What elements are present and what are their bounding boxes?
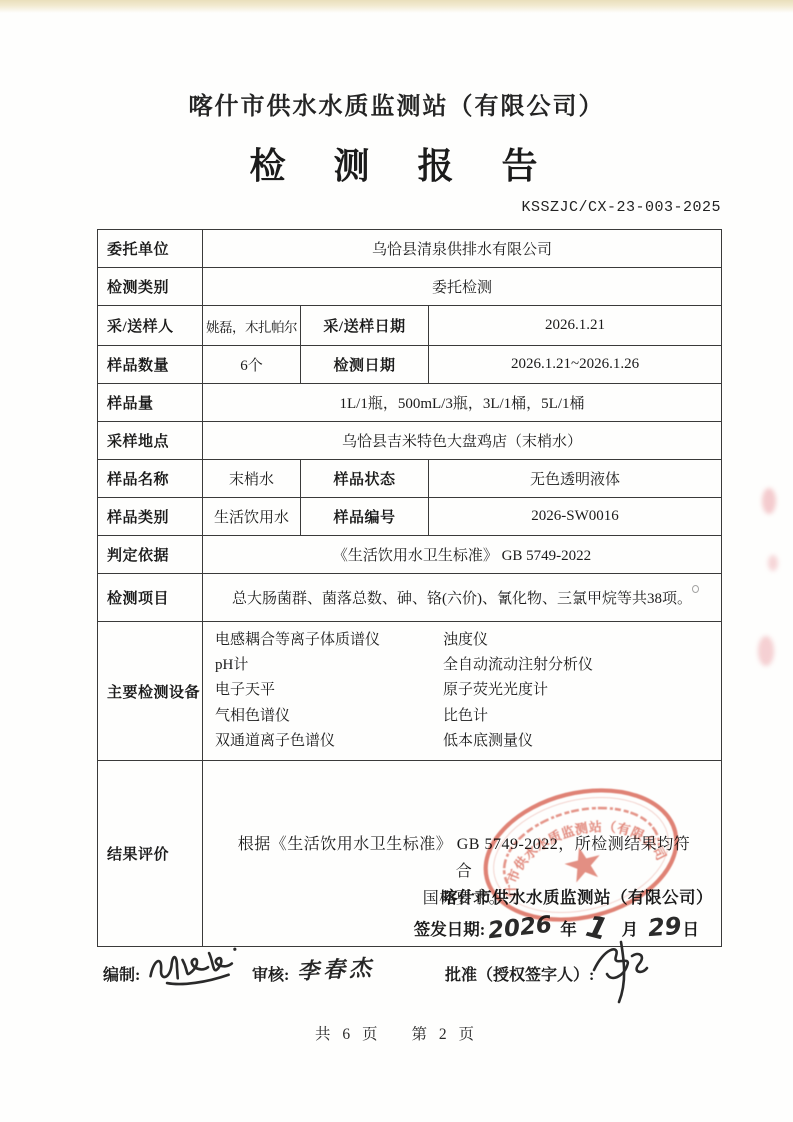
table-row: 采样地点 乌恰县吉米特色大盘鸡店（末梢水）: [98, 422, 722, 460]
table-row: 样品类别 生活饮用水 样品编号 2026-SW0016: [98, 498, 722, 536]
equipment-item: 低本底测量仪: [443, 729, 717, 754]
field-label: 样品量: [98, 384, 203, 422]
prepared-by-label: 编制:: [103, 962, 140, 985]
field-label: 判定依据: [98, 536, 203, 574]
table-row: 判定依据 《生活饮用水卫生标准》 GB 5749-2022: [98, 536, 722, 574]
field-value: 2026.1.21: [429, 306, 722, 346]
current-page: 第 2 页: [412, 1022, 479, 1044]
equipment-columns: 电感耦合等离子体质谱仪 pH计 电子天平 气相色谱仪 双通道离子色谱仪 浊度仪 …: [203, 622, 721, 760]
field-value: 2026.1.21~2026.1.26: [429, 346, 722, 384]
table-row: 检测类别 委托检测: [98, 268, 722, 306]
table-row: 结果评价 根据《生活饮用水卫生标准》 GB 5749-2022，所检测结果均符合…: [98, 761, 722, 947]
reviewed-signature-name: 李春杰: [296, 951, 376, 986]
field-value: 2026-SW0016: [429, 498, 722, 536]
page-footer: 共 6 页 第 2 页: [0, 1022, 793, 1044]
field-label: 样品编号: [301, 498, 429, 536]
issue-date-line: 签发日期:2026年1月29日: [414, 915, 699, 941]
table-row: 样品名称 末梢水 样品状态 无色透明液体: [98, 460, 722, 498]
field-label: 采/送样日期: [301, 306, 429, 346]
field-value: 1L/1瓶，500mL/3瓶，3L/1桶，5L/1桶: [203, 384, 722, 422]
field-label: 委托单位: [98, 230, 203, 268]
approved-by-label: 批准（授权签字人）:: [445, 962, 594, 985]
table-row: 委托单位 乌恰县清泉供排水有限公司: [98, 230, 722, 268]
ink-bleed-mark: [758, 636, 774, 666]
scan-edge-artifact: [0, 0, 793, 13]
reviewed-by-label: 审核:: [252, 962, 289, 985]
field-label: 结果评价: [98, 761, 203, 947]
field-value: 无色透明液体: [429, 460, 722, 498]
field-label: 采样地点: [98, 422, 203, 460]
equipment-item: 电子天平: [215, 678, 443, 703]
field-label: 样品数量: [98, 346, 203, 384]
report-title: 检 测 报 告: [0, 138, 793, 189]
table-row: 主要检测设备 电感耦合等离子体质谱仪 pH计 电子天平 气相色谱仪 双通道离子色…: [98, 622, 722, 761]
ink-bleed-mark: [762, 488, 776, 514]
equipment-cell: 电感耦合等离子体质谱仪 pH计 电子天平 气相色谱仪 双通道离子色谱仪 浊度仪 …: [203, 622, 722, 761]
field-label: 样品名称: [98, 460, 203, 498]
field-label: 采/送样人: [98, 306, 203, 346]
table-row: 检测项目 总大肠菌群、菌落总数、砷、铬(六价)、氰化物、三氯甲烷等共38项。: [98, 574, 722, 622]
equipment-item: 比色计: [443, 704, 717, 729]
equipment-item: 全自动流动注射分析仪: [443, 653, 717, 678]
handwritten-day: 29: [648, 926, 681, 928]
issuing-org-name: 喀什市供水水质监测站（有限公司）: [441, 884, 713, 908]
field-value: 姚磊，木扎帕尔: [203, 306, 301, 346]
total-pages: 共 6 页: [315, 1022, 382, 1044]
field-label: 主要检测设备: [98, 622, 203, 761]
issue-date-label: 签发日期:: [414, 920, 486, 939]
field-label: 检测项目: [98, 574, 203, 622]
org-title: 喀什市供水水质监测站（有限公司）: [0, 86, 793, 121]
field-value: 6个: [203, 346, 301, 384]
equipment-item: 气相色谱仪: [215, 704, 443, 729]
field-label: 样品类别: [98, 498, 203, 536]
field-value: 乌恰县清泉供排水有限公司: [203, 230, 722, 268]
handwritten-year: 2026: [487, 912, 553, 945]
equipment-list-left: 电感耦合等离子体质谱仪 pH计 电子天平 气相色谱仪 双通道离子色谱仪: [215, 628, 443, 754]
table-row: 样品数量 6个 检测日期 2026.1.21~2026.1.26: [98, 346, 722, 384]
equipment-list-right: 浊度仪 全自动流动注射分析仪 原子荧光光度计 比色计 低本底测量仪: [443, 628, 717, 754]
prepared-signature-scribble: [146, 945, 246, 989]
equipment-item: 原子荧光光度计: [443, 678, 717, 703]
field-label: 样品状态: [301, 460, 429, 498]
table-row: 样品量 1L/1瓶，500mL/3瓶，3L/1桶，5L/1桶: [98, 384, 722, 422]
year-suffix: 年: [560, 920, 577, 939]
day-suffix: 日: [683, 920, 700, 939]
field-value: 末梢水: [203, 460, 301, 498]
field-value: 生活饮用水: [203, 498, 301, 536]
equipment-item: 电感耦合等离子体质谱仪: [215, 628, 443, 653]
table-row: 采/送样人 姚磊，木扎帕尔 采/送样日期 2026.1.21: [98, 306, 722, 346]
handwritten-month: 1: [586, 926, 606, 931]
scanned-report-page: 喀什市供水水质监测站（有限公司） 检 测 报 告 KSSZJC/CX-23-00…: [0, 0, 793, 1122]
field-value: 乌恰县吉米特色大盘鸡店（末梢水）: [203, 422, 722, 460]
result-line: 根据《生活饮用水卫生标准》 GB 5749-2022，所检测结果均符合: [238, 836, 691, 880]
report-number: KSSZJC/CX-23-003-2025: [97, 199, 721, 216]
result-cell: 根据《生活饮用水卫生标准》 GB 5749-2022，所检测结果均符合 国标要求…: [203, 761, 722, 947]
equipment-item: 浊度仪: [443, 628, 717, 653]
field-value: 委托检测: [203, 268, 722, 306]
report-info-table: 委托单位 乌恰县清泉供排水有限公司 检测类别 委托检测 采/送样人 姚磊，木扎帕…: [97, 229, 722, 947]
field-label: 检测日期: [301, 346, 429, 384]
approved-signature-scribble: [586, 936, 656, 1008]
equipment-item: pH计: [215, 653, 443, 678]
field-label: 检测类别: [98, 268, 203, 306]
ink-bleed-mark: [768, 555, 778, 571]
field-value: 总大肠菌群、菌落总数、砷、铬(六价)、氰化物、三氯甲烷等共38项。: [203, 574, 722, 622]
field-value: 《生活饮用水卫生标准》 GB 5749-2022: [203, 536, 722, 574]
equipment-item: 双通道离子色谱仪: [215, 729, 443, 754]
